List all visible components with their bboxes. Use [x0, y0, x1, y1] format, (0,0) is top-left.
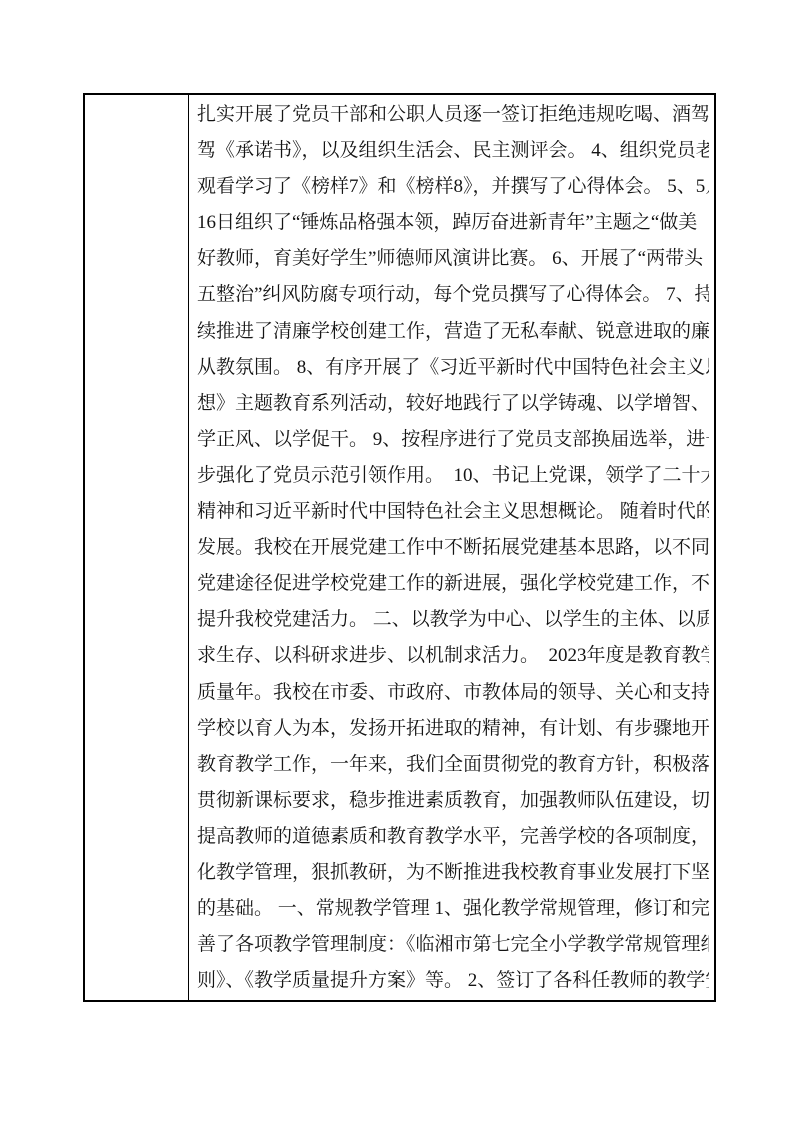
text-line: 步强化了党员示范引领作用。 10、书记上党课，领学了二十大: [197, 458, 709, 494]
text-line: 提升我校党建活力。 二、以教学为中心、以学生的主体、以质量: [197, 602, 709, 638]
text-line: 扎实开展了党员干部和公职人员逐一签订拒绝违规吃喝、酒驾醉: [197, 97, 709, 133]
text-line: 发展。我校在开展党建工作中不断拓展党建基本思路，以不同的: [197, 530, 709, 566]
text-line: 精神和习近平新时代中国特色社会主义思想概论。 随着时代的: [197, 494, 709, 530]
table-cell-label: [85, 95, 189, 1000]
text-line: 教育教学工作，一年来，我们全面贯彻党的教育方针，积极落实: [197, 747, 709, 783]
text-line: 驾《承诺书》，以及组织生活会、民主测评会。 4、组织党员老师: [197, 133, 709, 169]
text-line: 观看学习了《榜样7》和《榜样8》，并撰写了心得体会。 5、5月: [197, 169, 709, 205]
text-line: 求生存、以科研求进步、以机制求活力。 2023年度是教育教学: [197, 638, 709, 674]
text-line: 党建途径促进学校党建工作的新进展，强化学校党建工作，不断: [197, 566, 709, 602]
text-line: 贯彻新课标要求，稳步推进素质教育，加强教师队伍建设，切实: [197, 783, 709, 819]
text-line: 续推进了清廉学校创建工作，营造了无私奉献、锐意进取的廉洁: [197, 314, 709, 350]
table-cell-content: 扎实开展了党员干部和公职人员逐一签订拒绝违规吃喝、酒驾醉 驾《承诺书》，以及组织…: [189, 95, 714, 1000]
text-line: 学校以育人为本，发扬开拓进取的精神，有计划、有步骤地开展: [197, 711, 709, 747]
text-line: 好教师，育美好学生”师德师风演讲比赛。 6、开展了“两带头: [197, 241, 709, 277]
text-line: 善了各项教学管理制度：《临湘市第七完全小学教学常规管理细: [197, 927, 709, 963]
text-line: 化教学管理，狠抓教研，为不断推进我校教育事业发展打下坚实: [197, 855, 709, 891]
text-line: 质量年。我校在市委、市政府、市教体局的领导、关心和支持下，: [197, 675, 709, 711]
text-line: 学正风、以学促干。 9、按程序进行了党员支部换届选举，进一: [197, 422, 709, 458]
text-line: 五整治”纠风防腐专项行动，每个党员撰写了心得体会。 7、持: [197, 277, 709, 313]
text-line: 提高教师的道德素质和教育教学水平，完善学校的各项制度，强: [197, 819, 709, 855]
text-line: 16日组织了“锤炼品格强本领，踔厉奋进新青年”主题之“做美: [197, 205, 709, 241]
text-line: 想》主题教育系列活动，较好地践行了以学铸魂、以学增智、以: [197, 386, 709, 422]
text-line: 从教氛围。 8、有序开展了《习近平新时代中国特色社会主义思: [197, 350, 709, 386]
report-table: 扎实开展了党员干部和公职人员逐一签订拒绝违规吃喝、酒驾醉 驾《承诺书》，以及组织…: [83, 93, 716, 1002]
text-line: 的基础。 一、常规教学管理 1、强化教学常规管理，修订和完: [197, 891, 709, 927]
text-line: 则》、《教学质量提升方案》等。 2、签订了各科任教师的教学安: [197, 963, 709, 999]
document-page: 扎实开展了党员干部和公职人员逐一签订拒绝违规吃喝、酒驾醉 驾《承诺书》，以及组织…: [0, 0, 794, 1122]
